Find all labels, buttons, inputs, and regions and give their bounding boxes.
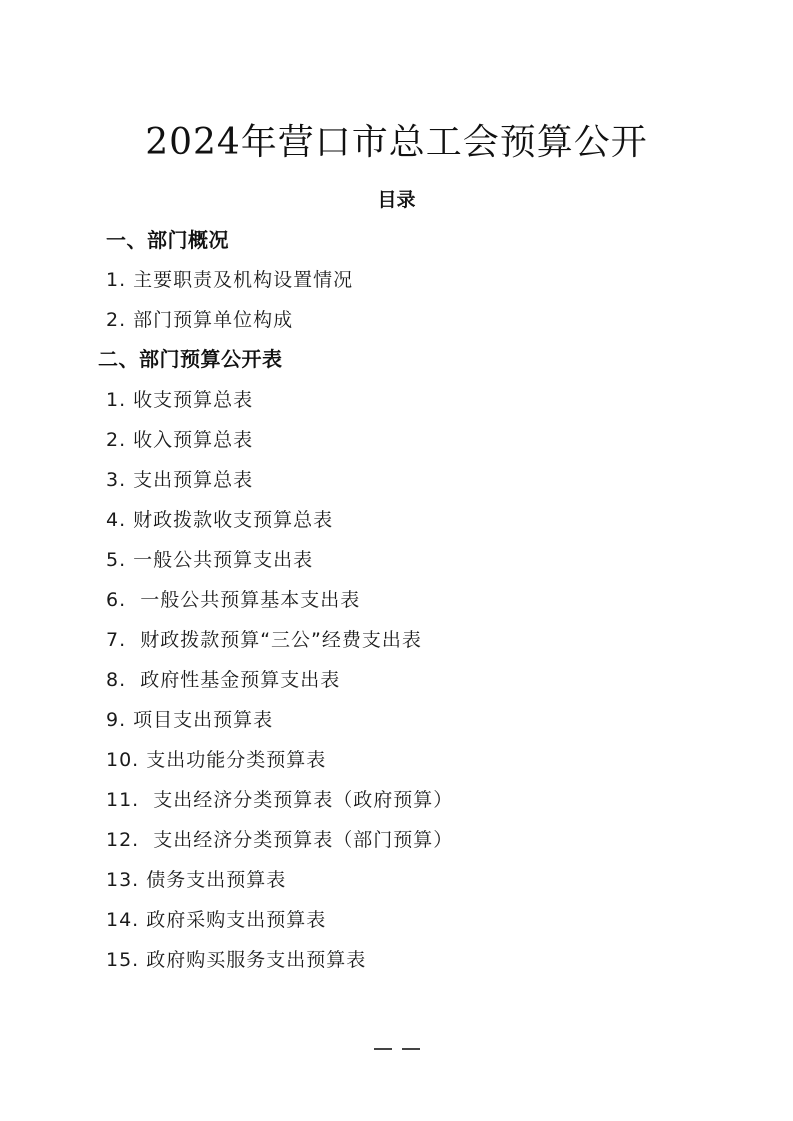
toc-item: 7. 财政拨款预算“三公”经费支出表 (106, 626, 422, 654)
toc-item: 8. 政府性基金预算支出表 (106, 666, 340, 694)
toc-item: 13. 债务支出预算表 (106, 866, 286, 894)
section-heading-overview: 一、部门概况 (106, 226, 229, 254)
toc-item: 1. 收支预算总表 (106, 386, 253, 414)
page-number (0, 1040, 793, 1050)
toc-item: 2. 部门预算单位构成 (106, 306, 293, 334)
toc-item: 12. 支出经济分类预算表（部门预算） (106, 826, 453, 854)
page-number-dash-right (402, 1048, 420, 1050)
toc-item: 5. 一般公共预算支出表 (106, 546, 313, 574)
toc-item: 15. 政府购买服务支出预算表 (106, 946, 366, 974)
document-title: 2024年营口市总工会预算公开 (0, 120, 793, 166)
toc-item: 4. 财政拨款收支预算总表 (106, 506, 333, 534)
toc-item: 1. 主要职责及机构设置情况 (106, 266, 353, 294)
toc-item: 6. 一般公共预算基本支出表 (106, 586, 360, 614)
toc-item: 9. 项目支出预算表 (106, 706, 273, 734)
toc-item: 11. 支出经济分类预算表（政府预算） (106, 786, 453, 814)
toc-item: 14. 政府采购支出预算表 (106, 906, 326, 934)
toc-item: 10. 支出功能分类预算表 (106, 746, 326, 774)
toc-heading: 目录 (0, 186, 793, 214)
page-number-dash-left (374, 1048, 392, 1050)
section-heading-tables: 二、部门预算公开表 (98, 345, 283, 373)
toc-item: 2. 收入预算总表 (106, 426, 253, 454)
toc-item: 3. 支出预算总表 (106, 466, 253, 494)
